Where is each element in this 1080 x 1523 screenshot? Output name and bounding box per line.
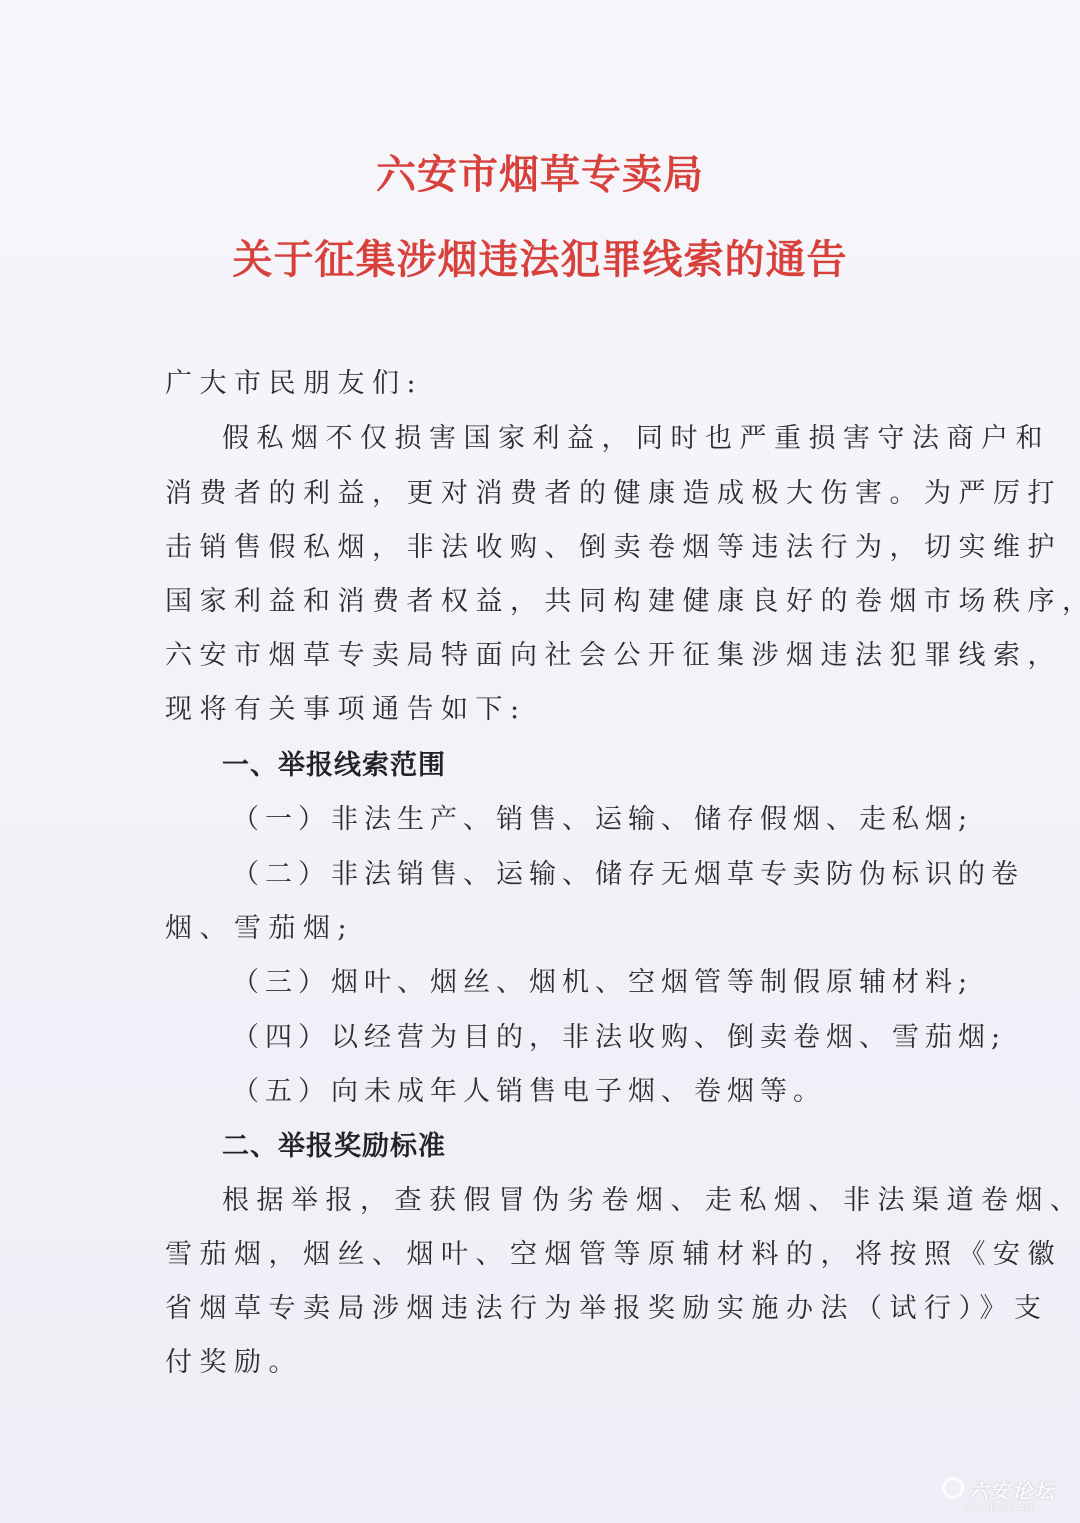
- reward-line: 根据举报，查获假冒伪劣卷烟、走私烟、非法渠道卷烟、: [222, 1183, 972, 1219]
- scope-item-continuation: 烟、雪茄烟;: [165, 911, 915, 947]
- scope-item: （一）非法生产、销售、运输、储存假烟、走私烟;: [232, 802, 982, 838]
- scope-item: （二）非法销售、运输、储存无烟草专卖防伪标识的卷: [232, 857, 982, 893]
- watermark-name: 六安论坛: [968, 1475, 1056, 1504]
- intro-line: 六安市烟草专卖局特面向社会公开征集涉烟违法犯罪线索，: [165, 638, 915, 674]
- document-page: 六安市烟草专卖局 关于征集涉烟违法犯罪线索的通告 广大市民朋友们: 假私烟不仅损…: [0, 0, 1080, 1523]
- section-heading-scope: 一、举报线索范围: [222, 748, 972, 784]
- reward-line: 付奖励。: [165, 1345, 915, 1381]
- watermark-url: www.la-bbs.net: [964, 1501, 1033, 1513]
- scope-item: （四）以经营为目的，非法收购、倒卖卷烟、雪茄烟;: [232, 1020, 982, 1056]
- intro-line: 击销售假私烟，非法收购、倒卖卷烟等违法行为，切实维护: [165, 530, 915, 566]
- forum-logo-icon: [942, 1477, 964, 1499]
- intro-line: 国家利益和消费者权益，共同构建健康良好的卷烟市场秩序，: [165, 584, 915, 620]
- intro-line: 假私烟不仅损害国家利益，同时也严重损害守法商户和: [222, 421, 972, 457]
- intro-line: 现将有关事项通告如下:: [165, 692, 915, 728]
- scope-item: （三）烟叶、烟丝、烟机、空烟管等制假原辅材料;: [232, 965, 982, 1001]
- site-watermark: 六安论坛 www.la-bbs.net: [942, 1475, 1062, 1515]
- document-title-line2: 关于征集涉烟违法犯罪线索的通告: [0, 228, 1080, 285]
- document-title-line1: 六安市烟草专卖局: [0, 143, 1080, 200]
- intro-line: 消费者的利益，更对消费者的健康造成极大伤害。为严厉打: [165, 476, 915, 512]
- section-heading-reward: 二、举报奖励标准: [222, 1129, 972, 1165]
- reward-line: 省烟草专卖局涉烟违法行为举报奖励实施办法（试行）》支: [165, 1291, 915, 1327]
- greeting: 广大市民朋友们:: [165, 366, 915, 402]
- scope-item: （五）向未成年人销售电子烟、卷烟等。: [232, 1074, 982, 1110]
- reward-line: 雪茄烟，烟丝、烟叶、空烟管等原辅材料的，将按照《安徽: [165, 1237, 915, 1273]
